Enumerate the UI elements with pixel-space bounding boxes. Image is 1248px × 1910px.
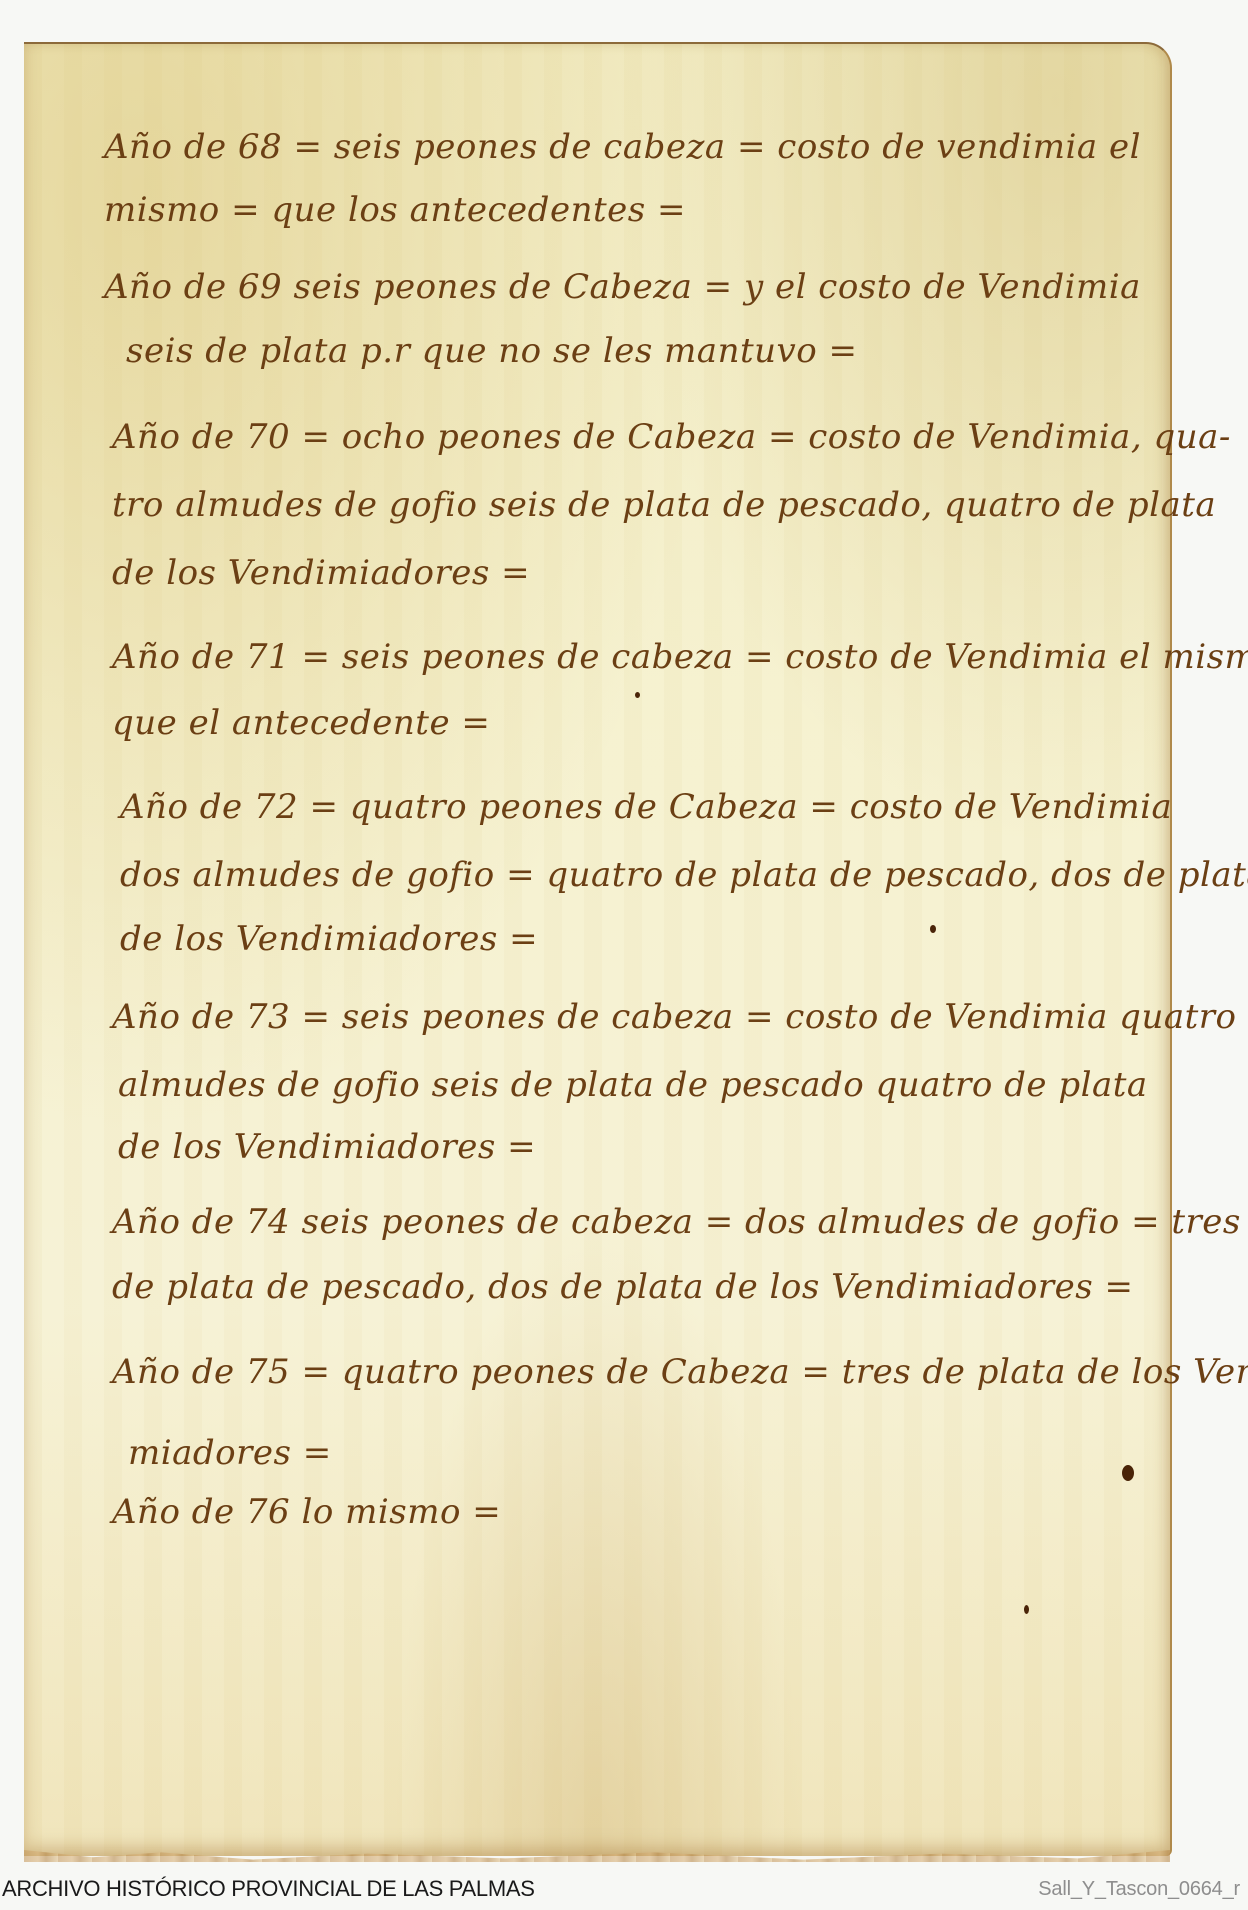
manuscript-line: de los Vendimiadores = (118, 1130, 536, 1164)
manuscript-line: Año de 75 = quatro peones de Cabeza = tr… (112, 1355, 1248, 1389)
manuscript-line: Año de 70 = ocho peones de Cabeza = cost… (112, 420, 1231, 454)
manuscript-line: Año de 74 seis peones de cabeza = dos al… (112, 1205, 1241, 1239)
ink-blot (1024, 1605, 1029, 1614)
manuscript-line: almudes de gofio seis de plata de pescad… (118, 1068, 1148, 1102)
manuscript-line: de los Vendimiadores = (120, 922, 538, 956)
manuscript-line: miadores = (128, 1436, 332, 1470)
manuscript-line: de plata de pescado, dos de plata de los… (112, 1270, 1134, 1304)
manuscript-line: Año de 72 = quatro peones de Cabeza = co… (120, 790, 1172, 824)
manuscript-line: Año de 68 = seis peones de cabeza = cost… (104, 130, 1141, 164)
torn-bottom-edge (24, 1850, 1170, 1862)
manuscript-line: de los Vendimiadores = (112, 556, 530, 590)
archive-name: ARCHIVO HISTÓRICO PROVINCIAL DE LAS PALM… (2, 1876, 535, 1902)
manuscript-line: dos almudes de gofio = quatro de plata d… (120, 858, 1248, 892)
manuscript-line: Año de 69 seis peones de Cabeza = y el c… (104, 270, 1141, 304)
manuscript-line: mismo = que los antecedentes = (104, 193, 686, 227)
manuscript-line: que el antecedente = (112, 706, 490, 740)
manuscript-line: tro almudes de gofio seis de plata de pe… (112, 488, 1216, 522)
ink-blot (635, 692, 640, 698)
ink-blot (1122, 1465, 1134, 1481)
manuscript-line: Año de 73 = seis peones de cabeza = cost… (112, 1000, 1237, 1034)
image-id: Sall_Y_Tascon_0664_r (1038, 1878, 1240, 1901)
ink-blot (930, 925, 936, 933)
manuscript-line: Año de 71 = seis peones de cabeza = cost… (112, 640, 1248, 674)
manuscript-line: Año de 76 lo mismo = (112, 1495, 501, 1529)
manuscript-line: seis de plata p.r que no se les mantuvo … (126, 334, 858, 368)
